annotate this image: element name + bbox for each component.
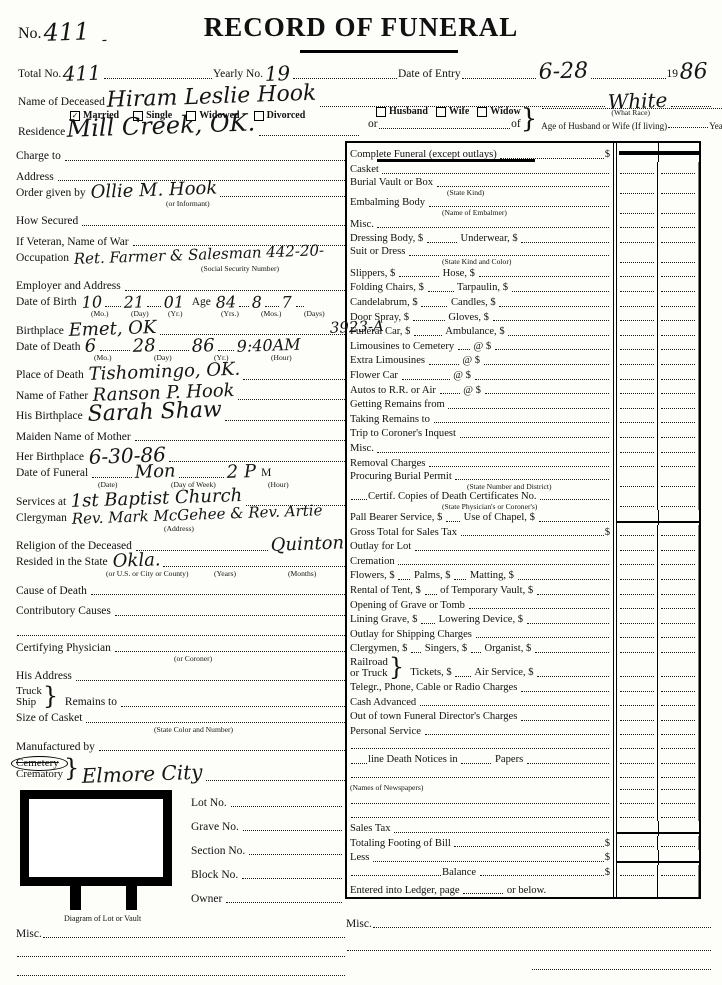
printed-label: Date of Death <box>16 342 83 355</box>
printed-label: $ <box>605 839 610 851</box>
diagram-fields: Lot No. Grave No. Section No. Block No. … <box>191 786 343 906</box>
amount-cell-cents <box>658 177 699 197</box>
dotted-leader <box>661 720 695 721</box>
dotted-leader <box>377 225 609 228</box>
amount-cell-dollars <box>617 695 658 710</box>
dotted-leader <box>495 347 609 350</box>
amount-cell-dollars <box>617 177 658 197</box>
field-row: Occupation Ret. Farmer & Salesman 442-20… <box>16 249 346 273</box>
dotted-leader <box>620 652 654 653</box>
printed-label: Outlay for Shipping Charges <box>350 630 475 642</box>
brace-glyph: } <box>388 657 405 679</box>
dotted-leader <box>434 420 609 423</box>
field-line: Misc. <box>16 922 346 941</box>
dotted-leader <box>620 734 654 735</box>
charge-label-area <box>347 767 614 781</box>
cemetery-crematory-label: CemeteryCrematory <box>16 758 63 780</box>
money-columns <box>616 324 699 339</box>
printed-label: Address <box>16 172 57 185</box>
field-line: His Address <box>16 663 346 684</box>
charge-label-area: (Names of Newspapers) <box>347 781 614 793</box>
printed-label: Opening of Grave or Tomb <box>350 601 468 613</box>
field-line: CemeteryCrematory}Elmore City <box>16 754 346 784</box>
dotted-leader <box>661 506 695 507</box>
dotted-leader <box>620 306 654 307</box>
field-line: Religion of the Deceased Quinton <box>16 533 346 554</box>
amount-cell-cents <box>658 656 699 680</box>
printed-label: @ $ <box>460 356 483 368</box>
field-line: Block No. <box>191 858 343 882</box>
printed-label: Procuring Burial Permit <box>350 472 454 484</box>
printed-label: Manufactured by <box>16 742 98 755</box>
field-line <box>16 619 346 640</box>
charge-row: Removal Charges <box>347 456 699 471</box>
printed-label: line Death Notices in <box>368 755 460 767</box>
amount-cell-cents <box>658 879 699 897</box>
dotted-leader <box>527 761 609 764</box>
charge-label-area: Procuring Burial Permit (State Number an… <box>347 470 614 490</box>
printed-label: M <box>258 468 271 481</box>
charge-label-area: Limousines to Cemetery @ $ <box>347 339 614 354</box>
dotted-leader <box>420 703 609 706</box>
dotted-leader <box>65 158 345 161</box>
money-columns <box>616 525 699 540</box>
charge-label-area: Outlay for Shipping Charges <box>347 627 614 642</box>
amount-cell-dollars <box>617 641 658 656</box>
money-columns <box>616 197 699 217</box>
field-row: Contributory Causes <box>16 598 346 619</box>
charge-row: Door Spray, $ Gloves, $ <box>347 310 699 325</box>
dotted-leader <box>163 564 345 567</box>
dotted-leader <box>539 519 609 522</box>
amount-cell-cents <box>658 583 699 598</box>
spouse-right: Age of Husband or Wife (If living) Years <box>537 106 722 132</box>
amount-cell-dollars <box>617 456 658 471</box>
field-caption: (Yr.) <box>168 310 183 318</box>
field-line: Date of Death 628869:40AM <box>16 338 346 354</box>
dotted-leader <box>620 875 654 876</box>
field-caption: (or Coroner) <box>174 655 212 663</box>
amount-cell-dollars <box>617 738 658 752</box>
dotted-leader <box>373 925 711 928</box>
amount-cell-cents <box>658 709 699 724</box>
dotted-leader <box>159 348 189 351</box>
dotted-leader <box>428 289 454 292</box>
spouse-left: HusbandWifeWidow or of <box>368 106 521 132</box>
amount-cell-cents <box>658 266 699 281</box>
printed-label: $ <box>605 853 610 865</box>
charge-row: Limousines to Cemetery @ $ <box>347 339 699 354</box>
field-line: Personal Service <box>350 724 610 739</box>
field-line: Misc. <box>350 217 610 232</box>
amount-cell-cents <box>658 353 699 368</box>
money-columns <box>616 598 699 613</box>
field-caption: (Date) <box>98 481 117 489</box>
total-no-value: 411 <box>61 64 104 81</box>
charge-label-area <box>347 793 614 807</box>
field-line: His Birthplace Sarah Shaw <box>16 403 346 424</box>
printed-label: How Secured <box>16 216 81 229</box>
charge-label-area: Misc. <box>347 217 614 232</box>
field-caption: (or U.S. or City or County) <box>106 570 188 578</box>
printed-label: Cause of Death <box>16 586 90 599</box>
amount-cell-dollars <box>617 426 658 441</box>
misc-row <box>346 931 712 954</box>
dotted-leader <box>620 535 654 536</box>
dotted-leader <box>661 594 695 595</box>
field-line: Casket <box>350 162 610 177</box>
charge-row: line Death Notices in Papers <box>347 752 699 767</box>
dotted-leader <box>242 876 342 879</box>
amount-cell-dollars <box>617 525 658 540</box>
field-line: Extra Limousines @ $ <box>350 353 610 368</box>
dotted-leader <box>661 486 695 487</box>
dotted-leader <box>508 333 609 336</box>
charge-label-area: Cash Advanced <box>347 695 614 710</box>
charge-row: Cash Advanced <box>347 695 699 710</box>
dotted-leader <box>661 637 695 638</box>
dotted-leader <box>661 276 695 277</box>
field-line: Folding Chairs, $ Tarpaulin, $ <box>350 280 610 295</box>
printed-label: Getting Remains from <box>350 400 447 412</box>
dotted-leader <box>429 362 459 365</box>
printed-label: Taking Remains to <box>350 415 433 427</box>
amount-cell-cents <box>658 246 699 266</box>
amount-cell-cents <box>658 807 699 821</box>
dotted-leader <box>620 408 654 409</box>
printed-label: Contributory Causes <box>16 606 114 619</box>
printed-label: @ $ <box>451 371 474 383</box>
dotted-leader <box>661 803 695 804</box>
charge-label-area: Dressing Body, $ Underwear, $ <box>347 231 614 246</box>
dotted-leader <box>458 347 470 350</box>
printed-label: Flowers, $ <box>350 571 397 583</box>
name-of-deceased-value: Hiram Leslie Hook <box>104 85 318 110</box>
charge-row: Extra Limousines @ $ <box>347 353 699 368</box>
amount-cell-dollars <box>617 807 658 821</box>
handwriting-value: Okla. <box>110 553 162 569</box>
dotted-leader <box>446 519 460 522</box>
dotted-leader <box>620 803 654 804</box>
charge-row: Folding Chairs, $ Tarpaulin, $ <box>347 280 699 295</box>
dotted-leader <box>661 262 695 263</box>
dotted-leader <box>461 533 604 536</box>
charge-label-area: Door Spray, $ Gloves, $ <box>347 310 614 325</box>
money-columns <box>616 793 699 807</box>
field-caption: (Years) <box>214 570 236 578</box>
charge-row: Railroador Truck} Tickets, $ Air Service… <box>347 656 699 680</box>
dotted-leader <box>100 348 130 351</box>
dotted-leader <box>521 240 609 243</box>
money-columns <box>616 807 699 821</box>
total-no-field: Total No. 411 <box>18 64 213 82</box>
handwriting-value: 01 <box>162 296 187 310</box>
field-line: Clergyman Rev. Mark McGehee & Rev. Artie <box>16 509 346 525</box>
printed-label: Charge to <box>16 151 64 164</box>
field-line: Lining Grave, $ Lowering Device, $ <box>350 612 610 627</box>
dotted-leader <box>471 650 481 653</box>
money-columns <box>616 246 699 266</box>
printed-label: Folding Chairs, $ <box>350 283 427 295</box>
field-line: Maiden Name of Mother <box>16 424 346 445</box>
age-of-spouse-caption: Age of Husband or Wife (If living) Years <box>541 121 722 131</box>
printed-label: Limousines to Cemetery <box>350 342 457 354</box>
charge-label-area: Suit or Dress (State Kind and Color) <box>347 246 614 266</box>
dotted-leader <box>661 691 695 692</box>
money-columns <box>616 368 699 383</box>
dotted-leader <box>351 775 609 778</box>
field-line <box>350 767 610 781</box>
amount-cell-dollars <box>617 781 658 793</box>
field-row: Clergyman Rev. Mark McGehee & Rev. Artie… <box>16 509 346 533</box>
amount-cell-cents <box>658 310 699 325</box>
dotted-leader <box>220 194 345 197</box>
dotted-leader <box>620 676 654 677</box>
money-columns <box>616 709 699 724</box>
charge-row <box>347 738 699 752</box>
field-line: How Secured <box>16 208 346 229</box>
handwriting-value: Elmore City <box>80 764 205 784</box>
dotted-leader <box>661 608 695 609</box>
money-columns <box>616 231 699 246</box>
printed-label: Her Birthplace <box>16 452 87 465</box>
dotted-leader <box>455 674 471 677</box>
money-columns <box>616 879 699 897</box>
dotted-leader <box>620 763 654 764</box>
dotted-leader <box>479 274 609 277</box>
diagram-leg <box>70 884 81 910</box>
dotted-leader <box>231 804 342 807</box>
charge-label-area: Complete Funeral (except outlays) $ <box>347 143 614 162</box>
field-line: Balance $ <box>350 865 610 880</box>
printed-label: Palms, $ <box>411 571 453 583</box>
dotted-leader <box>661 763 695 764</box>
field-line: Lot No. <box>191 786 343 810</box>
charge-row: Personal Service <box>347 724 699 739</box>
charge-label-area: Burial Vault or Box (State Kind) <box>347 177 614 197</box>
dotted-leader <box>620 705 654 706</box>
charge-row: Candelabrum, $ Candles, $ <box>347 295 699 310</box>
amount-cell-dollars <box>617 217 658 232</box>
money-columns <box>616 627 699 642</box>
printed-label: Size of Casket <box>16 713 85 726</box>
amount-cell-dollars <box>617 767 658 781</box>
money-columns <box>616 266 699 281</box>
printed-label: $ <box>605 868 610 880</box>
money-columns <box>616 767 699 781</box>
printed-label: Place of Death <box>16 370 87 383</box>
left-field-column: Charge to Address Order given by Ollie M… <box>16 143 346 979</box>
dotted-leader <box>377 450 609 453</box>
charge-row: Dressing Body, $ Underwear, $ <box>347 231 699 246</box>
handwriting-value: Quinton <box>268 536 346 553</box>
dotted-leader <box>620 364 654 365</box>
field-line: Cause of Death <box>16 578 346 599</box>
money-columns <box>616 724 699 739</box>
field-line: Candelabrum, $ Candles, $ <box>350 295 610 310</box>
amount-cell-cents <box>658 339 699 354</box>
dotted-leader <box>238 397 345 400</box>
money-columns <box>616 641 699 656</box>
field-line: Her Birthplace 6-30-86 <box>16 444 346 465</box>
dotted-leader <box>206 778 345 781</box>
dotted-leader <box>661 227 695 228</box>
money-columns <box>616 612 699 627</box>
dotted-leader <box>414 333 442 336</box>
dotted-leader <box>493 318 609 321</box>
dotted-leader <box>76 678 345 681</box>
money-columns <box>616 695 699 710</box>
dotted-leader <box>521 689 609 692</box>
money-columns <box>616 397 699 412</box>
charge-row: Opening of Grave or Tomb <box>347 598 699 613</box>
printed-label: Extra Limousines <box>350 356 428 368</box>
dotted-leader <box>535 650 609 653</box>
field-line: Limousines to Cemetery @ $ <box>350 339 610 354</box>
dotted-leader <box>661 817 695 818</box>
printed-label: Hose, $ <box>440 269 478 281</box>
handwriting-value: Ollie M. Hook <box>88 181 219 200</box>
amount-cell-cents <box>658 441 699 456</box>
field-caption: (Days) <box>304 310 325 318</box>
field-line: Less $ <box>350 850 610 865</box>
amount-cell-dollars <box>617 583 658 598</box>
dotted-leader <box>661 422 695 423</box>
dotted-leader <box>454 577 466 580</box>
money-columns <box>616 583 699 598</box>
amount-cell-dollars <box>617 709 658 724</box>
heavy-amount-bar <box>619 151 699 156</box>
charge-label-area: Sales Tax <box>347 821 614 836</box>
printed-label: Cash Advanced <box>350 698 419 710</box>
handwriting-value: Sarah Shaw <box>85 401 224 423</box>
printed-label: Misc. <box>350 444 376 456</box>
field-line: Section No. <box>191 834 343 858</box>
dotted-leader <box>620 579 654 580</box>
charge-label-area: Pall Bearer Service, $ Use of Chapel, $ <box>347 510 614 525</box>
printed-label: Embalming Body <box>350 198 428 210</box>
dotted-leader <box>379 126 511 129</box>
printed-label: Casket <box>350 165 381 177</box>
field-line: line Death Notices in Papers <box>350 752 610 767</box>
field-line: Flower Car @ $ <box>350 368 610 383</box>
money-columns <box>616 554 699 569</box>
printed-label: $ <box>605 528 610 540</box>
dotted-leader <box>661 193 695 194</box>
amount-cell-cents <box>658 456 699 471</box>
field-row: His Birthplace Sarah Shaw <box>16 403 346 424</box>
charge-row: Slippers, $ Hose, $ <box>347 266 699 281</box>
dotted-leader <box>668 125 708 128</box>
names-of-newspapers-caption: (Names of Newspapers) <box>350 784 423 793</box>
amount-cell-dollars <box>617 680 658 695</box>
total-no-label: Total No. <box>18 69 61 82</box>
amount-cell-cents <box>658 470 699 490</box>
dotted-leader <box>218 348 234 351</box>
residence-label: Residence <box>18 127 65 140</box>
dotted-leader <box>620 691 654 692</box>
money-columns <box>616 836 699 851</box>
dotted-leader <box>398 577 410 580</box>
dotted-leader <box>347 948 711 951</box>
printed-label: Out of town Funeral Director's Charges <box>350 712 520 724</box>
printed-label: Papers <box>492 755 526 767</box>
printed-label: Employer and Address <box>16 281 124 294</box>
dotted-leader <box>620 637 654 638</box>
dotted-leader <box>225 418 345 421</box>
handwriting-value: 10 <box>79 296 104 310</box>
amount-cell-dollars <box>617 412 658 427</box>
charge-label-area: Rental of Tent, $ of Temporary Vault, $ <box>347 583 614 598</box>
money-columns <box>616 310 699 325</box>
charge-label-area: Entered into Ledger, page or below. <box>347 879 614 897</box>
amount-cell-dollars <box>617 383 658 398</box>
dotted-leader <box>421 621 435 624</box>
brace-glyph: } <box>521 106 538 132</box>
charge-row: Pall Bearer Service, $ Use of Chapel, $ <box>347 510 699 525</box>
field-row: His Address <box>16 663 346 684</box>
dotted-leader <box>409 253 609 256</box>
dotted-leader <box>351 497 367 500</box>
dotted-leader <box>620 291 654 292</box>
dotted-leader <box>249 852 342 855</box>
printed-label: Flower Car <box>350 371 401 383</box>
amount-cell-cents <box>658 426 699 441</box>
handwriting-value: 9:40AM <box>234 339 302 354</box>
amount-cell-cents <box>658 781 699 793</box>
printed-label: Clergyman <box>16 513 70 526</box>
charge-label-area: Opening of Grave or Tomb <box>347 598 614 613</box>
amount-cell-cents <box>658 554 699 569</box>
charge-label-area: Casket <box>347 162 614 177</box>
printed-label: Misc. <box>16 929 42 942</box>
field-line <box>350 793 610 807</box>
dotted-leader <box>661 777 695 778</box>
field-row: Date of Death 628869:40AM(Mo.)(Day)(Yr.)… <box>16 338 346 362</box>
dotted-leader <box>661 676 695 677</box>
charge-row <box>347 807 699 821</box>
right-misc-section: Misc. <box>346 908 712 973</box>
printed-label: Lining Grave, $ <box>350 615 420 627</box>
amount-cell-dollars <box>617 539 658 554</box>
charge-row: Misc. <box>347 217 699 232</box>
charge-label-area: Outlay for Lot <box>347 539 614 554</box>
dotted-leader <box>351 761 367 764</box>
dotted-leader <box>373 859 604 862</box>
field-row: Date of Funeral Mon2 P M(Date)(Day of We… <box>16 465 346 489</box>
amount-cell-cents <box>658 752 699 767</box>
field-caption: (Address) <box>164 525 194 533</box>
printed-label: Pall Bearer Service, $ <box>350 513 445 525</box>
field-line <box>346 954 712 973</box>
amount-cell-dollars <box>617 441 658 456</box>
dotted-leader <box>394 830 609 833</box>
field-line: Cash Advanced <box>350 695 610 710</box>
money-columns <box>616 426 699 441</box>
of-label: of <box>511 119 521 132</box>
dotted-leader <box>620 486 654 487</box>
charge-row: Gross Total for Sales Tax $ <box>347 525 699 540</box>
printed-label: Underwear, $ <box>458 234 521 246</box>
charge-row: Balance $ <box>347 865 699 880</box>
amount-cell-dollars <box>617 162 658 177</box>
charge-label-area: Gross Total for Sales Tax $ <box>347 525 614 540</box>
dotted-leader <box>121 704 345 707</box>
amount-cell-dollars <box>617 397 658 412</box>
dotted-leader <box>480 873 604 876</box>
printed-label: Order given by <box>16 188 89 201</box>
dotted-leader <box>402 377 450 380</box>
